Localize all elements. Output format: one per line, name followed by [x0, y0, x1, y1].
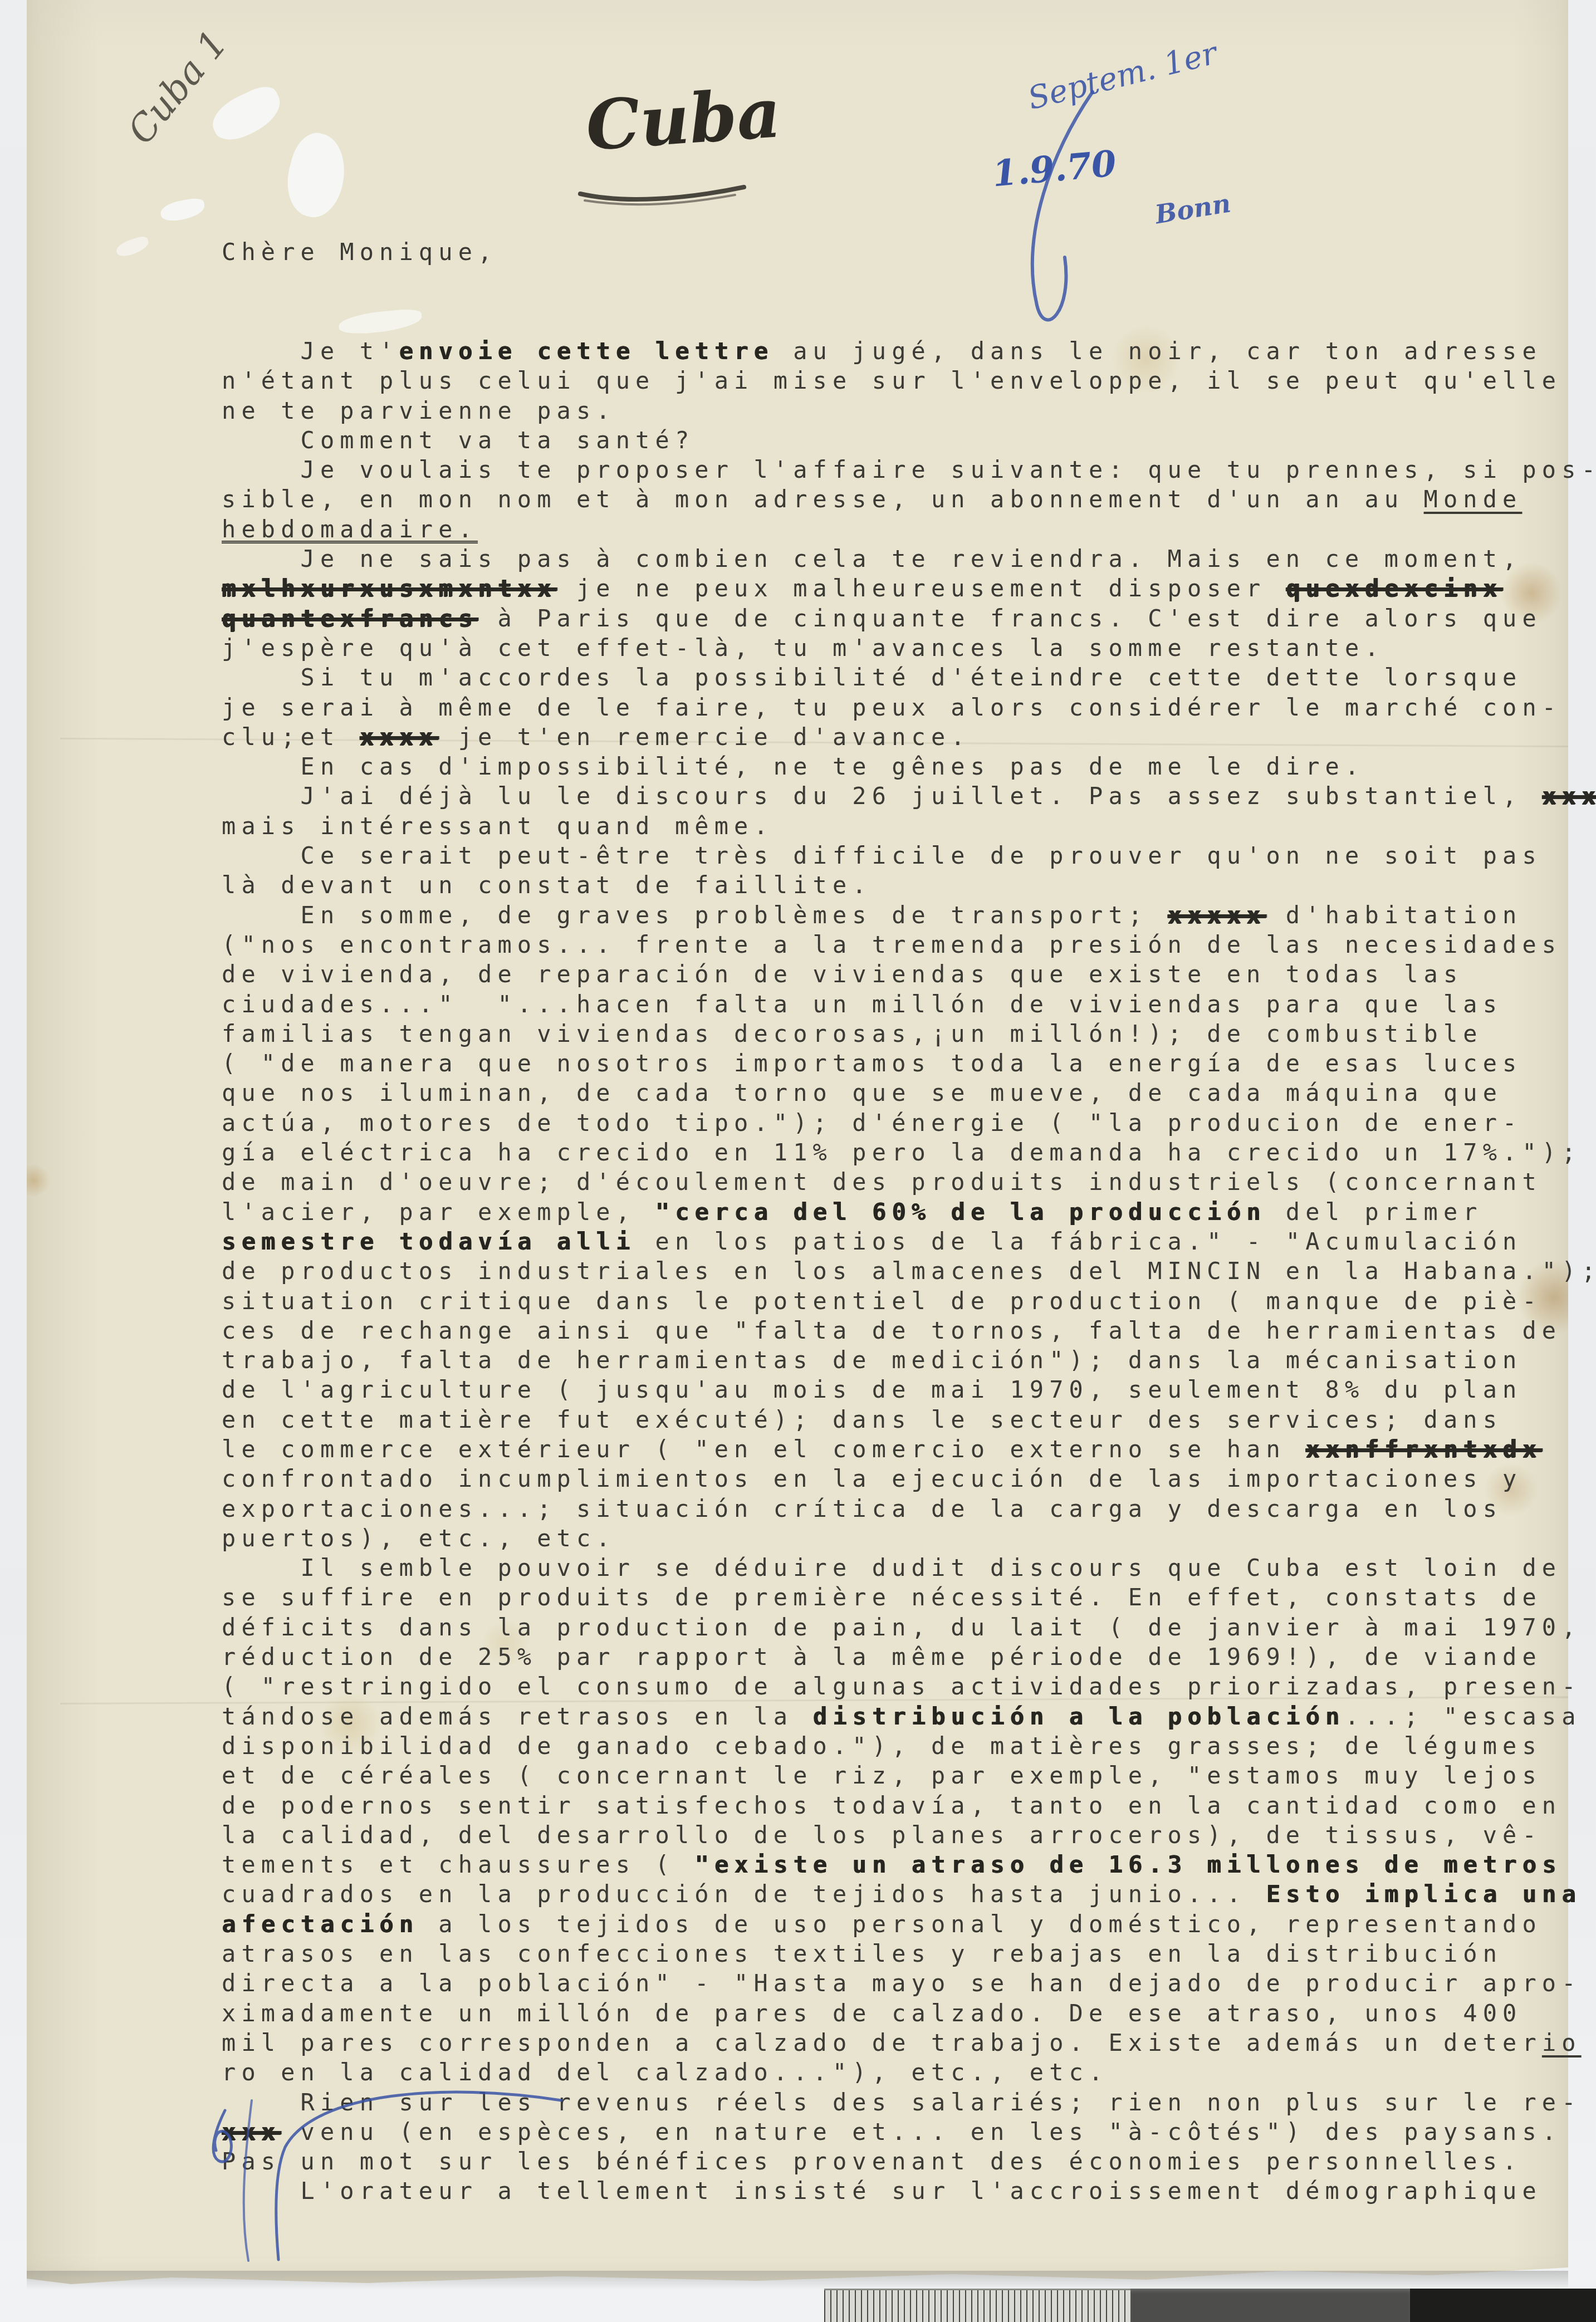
- letter-line: Rien sur les revenus réels des salariés;…: [222, 2088, 1596, 2117]
- letter-line: clu;et xxxx je t'en remercie d'avance.: [222, 722, 1596, 752]
- letter-line: familias tengan viviendas decorosas,¡un …: [222, 1019, 1596, 1049]
- letter-line: directa a la población" - "Hasta mayo se…: [222, 1968, 1596, 1998]
- letter-line: Je t'envoie cette lettre au jugé, dans l…: [222, 336, 1596, 366]
- letter-line: Si tu m'accordes la possibilité d'éteind…: [222, 663, 1596, 692]
- calibration-ruler: [824, 2289, 1596, 2322]
- letter-line: hebdomadaire.: [222, 515, 1596, 544]
- letter-line: Il semble pouvoir se déduire dudit disco…: [222, 1553, 1596, 1583]
- letter-line: tándose además retrasos en la distribuci…: [222, 1702, 1596, 1731]
- letter-line: mil pares corresponden a calzado de trab…: [222, 2028, 1596, 2058]
- letter-line: de main d'oeuvre; d'écoulement des produ…: [222, 1167, 1596, 1197]
- paper-damage-patch: [338, 307, 423, 336]
- letter-line: trabajo, falta de herramientas de medici…: [222, 1345, 1596, 1375]
- letter-line: sible, en mon nom et à mon adresse, un a…: [222, 484, 1596, 514]
- letter-line: quantexfrancs à Paris que de cinquante f…: [222, 604, 1596, 633]
- letter-line: ( "restringido el consumo de algunas act…: [222, 1672, 1596, 1701]
- letter-line: tements et chaussures ( "existe un atras…: [222, 1850, 1596, 1879]
- letter-line: de podernos sentir satisfechos todavía, …: [222, 1791, 1596, 1820]
- letter-line: de vivienda, de reparación de viviendas …: [222, 959, 1596, 989]
- letter-line: mxlhxurxusxmxntxx je ne peux malheureuse…: [222, 574, 1596, 603]
- letter-line: atrasos en las confecciones textiles y r…: [222, 1939, 1596, 1968]
- letter-line: cuadrados en la producción de tejidos ha…: [222, 1879, 1596, 1909]
- letter-line: exportaciones...; situación crítica de l…: [222, 1494, 1596, 1523]
- letter-line: en cette matière fut exécuté); dans le s…: [222, 1405, 1596, 1434]
- letter-line: de l'agriculture ( jusqu'au mois de mai …: [222, 1375, 1596, 1404]
- letter-line: ( "de manera que nosotros importamos tod…: [222, 1049, 1596, 1078]
- letter-line: ne te parvienne pas.: [222, 396, 1596, 425]
- paper-bottom-shadow: [27, 2271, 1568, 2290]
- letter-line: disponibilidad de ganado cebado."), de m…: [222, 1731, 1596, 1761]
- greeting: Chère Monique,: [222, 238, 497, 266]
- letter-line: confrontado incumplimientos en la ejecuc…: [222, 1464, 1596, 1493]
- paper-damage-patch: [159, 197, 207, 223]
- letter-line: de productos industriales en los almacen…: [222, 1256, 1596, 1286]
- letter-line: déficits dans la production de pain, du …: [222, 1613, 1596, 1642]
- letter-line: l'acier, par exemple, "cerca del 60% de …: [222, 1197, 1596, 1227]
- letter-line: je serai à même de le faire, tu peux alo…: [222, 693, 1596, 722]
- letter-line: afectación a los tejidos de uso personal…: [222, 1909, 1596, 1939]
- letter-line: Je voulais te proposer l'affaire suivant…: [222, 455, 1596, 484]
- letter-line: réduction de 25% par rapport à la même p…: [222, 1642, 1596, 1672]
- letter-line: En cas d'impossibilité, ne te gênes pas …: [222, 752, 1596, 781]
- letter-line: gía eléctrica ha crecido en 11% pero la …: [222, 1138, 1596, 1167]
- letter-line: ces de rechange ainsi que "falta de torn…: [222, 1316, 1596, 1345]
- letter-line: Comment va ta santé?: [222, 425, 1596, 455]
- letter-line: actúa, motores de todo tipo."); d'énergi…: [222, 1108, 1596, 1138]
- letter-line: En somme, de graves problèmes de transpo…: [222, 900, 1596, 930]
- letter-body: Je t'envoie cette lettre au jugé, dans l…: [222, 336, 1596, 2206]
- letter-line: la calidad, del desarrollo de los planes…: [222, 1820, 1596, 1850]
- letter-line: semestre todavía alli en los patios de l…: [222, 1227, 1596, 1256]
- letter-line: J'ai déjà lu le discours du 26 juillet. …: [222, 781, 1596, 811]
- letter-line: Ce serait peut-être très difficile de pr…: [222, 841, 1596, 870]
- letter-line: Pas un mot sur les bénéfices provenant d…: [222, 2147, 1596, 2176]
- letter-line: que nos iluminan, de cada torno que se m…: [222, 1078, 1596, 1108]
- letter-line: ximadamente un millón de pares de calzad…: [222, 1998, 1596, 2028]
- letter-line: situation critique dans le potentiel de …: [222, 1286, 1596, 1316]
- letter-line: xxx venu (en espèces, en nature et... en…: [222, 2117, 1596, 2147]
- letter-line: ("nos encontramos... frente a la tremend…: [222, 930, 1596, 959]
- letter-line: mais intéressant quand même.: [222, 811, 1596, 841]
- letter-line: j'espère qu'à cet effet-là, tu m'avances…: [222, 633, 1596, 663]
- letter-line: Je ne sais pas à combien cela te reviend…: [222, 544, 1596, 574]
- ruler-tick-scale: [824, 2289, 1130, 2322]
- paper-damage-patch: [278, 128, 354, 223]
- letter-line: puertos), etc., etc.: [222, 1523, 1596, 1553]
- paper-damage-patch: [205, 81, 287, 147]
- ruler-gray-block: [1130, 2289, 1410, 2322]
- page-title: Cuba: [583, 72, 783, 166]
- letter-line: ro en la calidad del calzado..."), etc.,…: [222, 2058, 1596, 2087]
- letter-line: L'orateur a tellement insisté sur l'accr…: [222, 2176, 1596, 2206]
- letter-line: et de céréales ( concernant le riz, par …: [222, 1761, 1596, 1790]
- letter-line: n'étant plus celui que j'ai mise sur l'e…: [222, 366, 1596, 395]
- letter-line: le commerce extérieur ( "en el comercio …: [222, 1434, 1596, 1464]
- letter-line: là devant un constat de faillite.: [222, 870, 1596, 900]
- ruler-black-block: [1410, 2289, 1596, 2322]
- paper-damage-patch: [114, 234, 150, 258]
- letter-line: se suffire en produits de première néces…: [222, 1583, 1596, 1612]
- letter-line: ciudades..." "...hacen falta un millón d…: [222, 989, 1596, 1019]
